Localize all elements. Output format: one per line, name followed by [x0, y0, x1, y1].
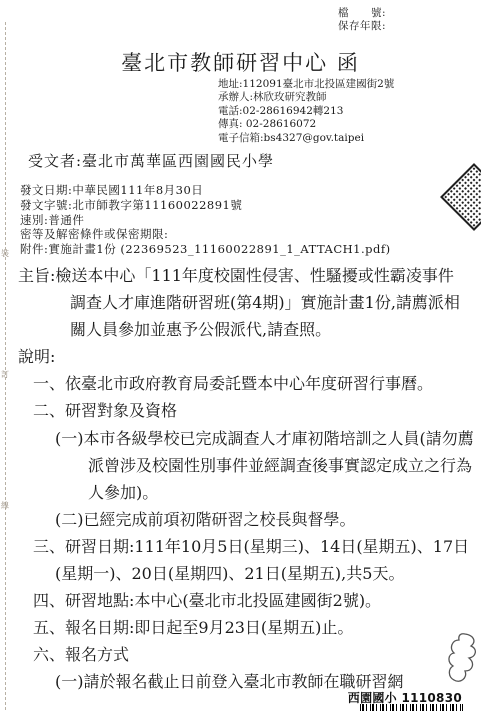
item-2-sub-1-wrap: 派曾涉及校園性別事件並經調查後事實認定成立之行為 — [18, 452, 468, 479]
official-letter-page: 裝 訂 線 檔 號: 保存年限: 臺北市教師研習中心 函 地址:112091臺北… — [0, 0, 481, 716]
item-3: 三、研習日期:111年10月5日(星期三)、14日(星期五)、17日 — [18, 533, 468, 560]
binding-mark-zhuang: 裝 — [1, 250, 9, 258]
letter-body: 主旨:檢送本中心「111年度校園性侵害、性騷擾或性霸凌事件 調查人才庫進階研習班… — [18, 262, 468, 696]
item-3-wrap: (星期一)、20日(星期四)、21日(星期五),共5天。 — [18, 560, 468, 587]
page-title: 臺北市教師研習中心 函 — [0, 47, 481, 77]
item-1: 一、依臺北市政府教育局委託暨本中心年度研習行事曆。 — [18, 370, 468, 397]
item-4: 四、研習地點:本中心(臺北市北投區建國街2號)。 — [18, 587, 468, 614]
doc-speed: 速別:普通件 — [20, 213, 391, 228]
subject-line: 關人員參加並惠予公假派代,請查照。 — [18, 316, 468, 343]
contact-phone: 電話:02-28616942轉213 — [218, 105, 394, 118]
recipient-line: 受文者:臺北市萬華區西園國民小學 — [28, 150, 274, 171]
contact-person: 承辦人:林欣玫研究教師 — [218, 91, 394, 104]
subject-line: 調查人才庫進階研習班(第4期)」實施計畫1份,請薦派相 — [18, 289, 468, 316]
seal-stamp — [445, 631, 479, 691]
contact-address: 地址:112091臺北市北投區建國街2號 — [218, 78, 394, 91]
doc-secrecy: 密等及解密條件或保密期限: — [20, 227, 391, 242]
barcode — [360, 704, 463, 711]
contact-fax: 傳真: 02-28616072 — [218, 118, 394, 131]
explanation-label: 說明: — [18, 343, 468, 370]
doc-date: 發文日期:中華民國111年8月30日 — [20, 183, 391, 198]
item-2-sub-1-wrap: 人參加)。 — [18, 479, 468, 506]
archive-file-no-label: 檔 號: — [338, 7, 386, 20]
binding-mark-ding: 訂 — [1, 371, 9, 379]
binding-dashed-line — [5, 22, 6, 710]
subject-line: 主旨:檢送本中心「111年度校園性侵害、性騷擾或性霸凌事件 — [18, 262, 468, 289]
archive-block: 檔 號: 保存年限: — [338, 7, 386, 32]
doc-number: 發文字號:北市師教字第11160022891號 — [20, 198, 391, 213]
binding-mark-xian: 線 — [1, 502, 9, 510]
receipt-stamp — [440, 163, 481, 231]
item-6: 六、報名方式 — [18, 641, 468, 668]
item-2: 二、研習對象及資格 — [18, 397, 468, 424]
archive-retention-label: 保存年限: — [338, 20, 386, 33]
contact-block: 地址:112091臺北市北投區建國街2號 承辦人:林欣玫研究教師 電話:02-2… — [218, 78, 394, 145]
doc-info-block: 發文日期:中華民國111年8月30日 發文字號:北市師教字第1116002289… — [20, 183, 391, 257]
doc-attachment: 附件:實施計畫1份 (22369523_11160022891_1_ATTACH… — [20, 242, 391, 257]
contact-email: 電子信箱:bs4327@gov.taipei — [218, 132, 394, 145]
item-5: 五、報名日期:即日起至9月23日(星期五)止。 — [18, 614, 468, 641]
item-2-sub-1: (一)本市各級學校已完成調查人才庫初階培訓之人員(請勿薦 — [18, 425, 468, 452]
item-2-sub-2: (二)已經完成前項初階研習之校長與督學。 — [18, 506, 468, 533]
